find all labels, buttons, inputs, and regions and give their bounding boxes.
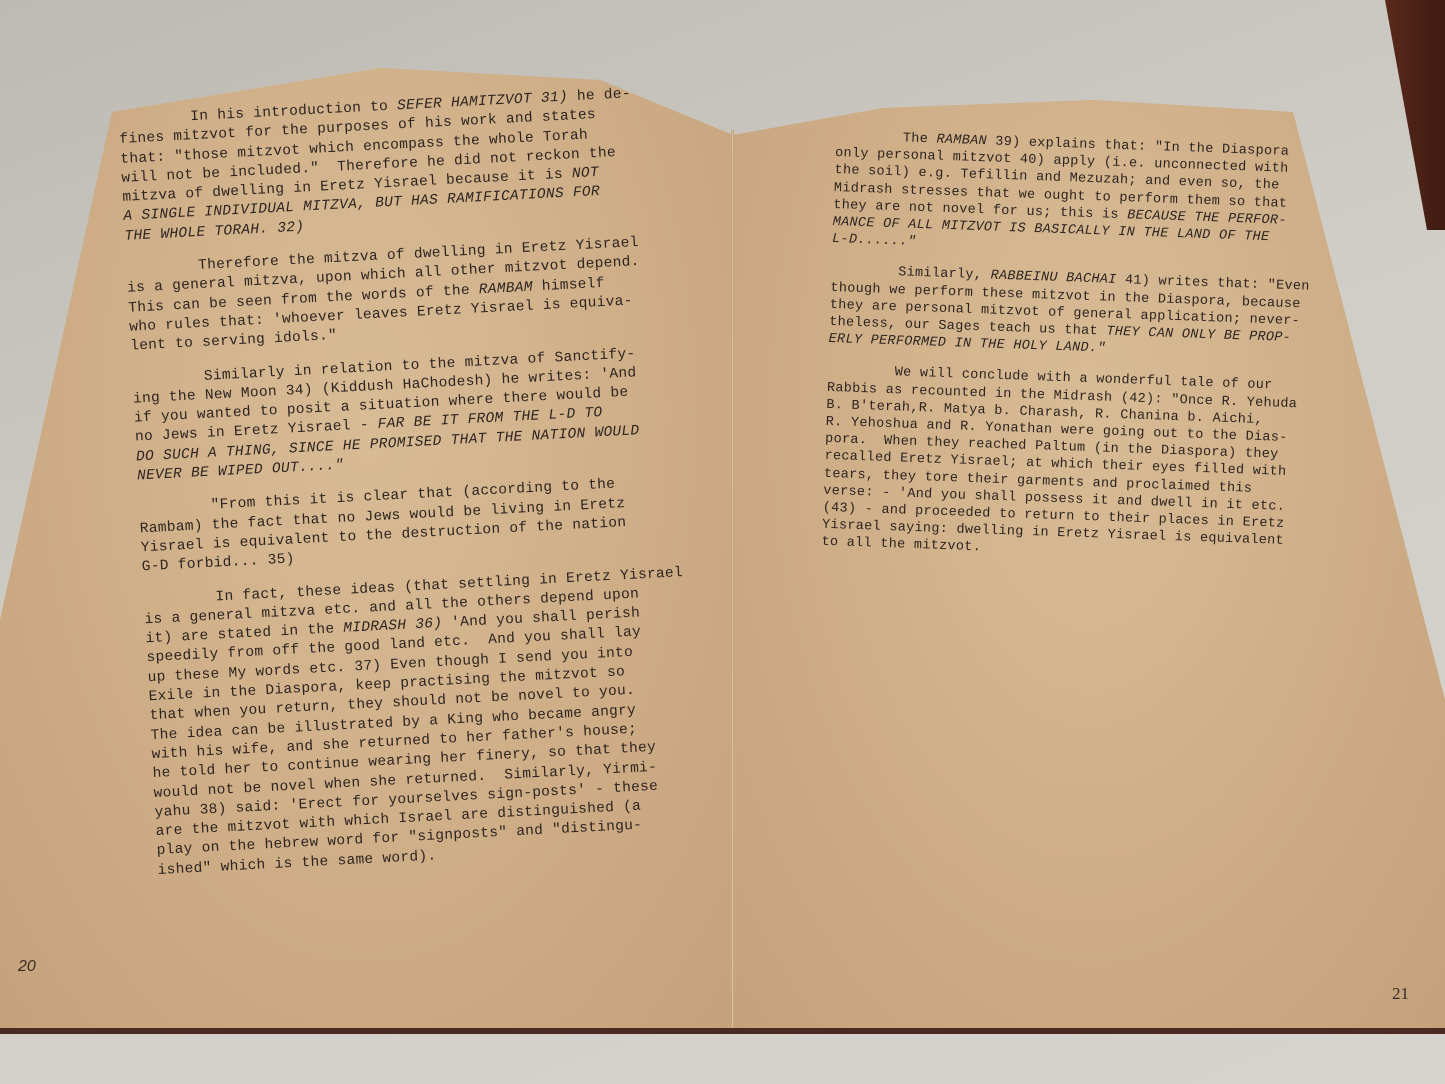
booklet-bottom-edge	[0, 1028, 1445, 1034]
page-number-left: 20	[18, 958, 36, 976]
body-text: The	[835, 129, 936, 148]
right-page-text: The RAMBAN 39) explains that: "In the Di…	[821, 128, 1315, 582]
left-page-text: In his introduction to SEFER HAMITZVOT 3…	[118, 84, 698, 895]
paragraph: We will conclude with a wonderful tale o…	[821, 362, 1306, 568]
emphasis-text: RAMBAM	[478, 279, 533, 298]
paragraph: The RAMBAN 39) explains that: "In the Di…	[832, 128, 1315, 265]
paragraph: "From this it is clear that (according t…	[138, 473, 681, 578]
body-text: he de-	[568, 86, 632, 105]
emphasis-text: MIDRASH 36)	[343, 616, 443, 637]
paragraph: In his introduction to SEFER HAMITZVOT 3…	[118, 84, 664, 247]
emphasis-text: RAMBAN	[936, 133, 987, 150]
body-text: to all the mitzvot.	[821, 535, 981, 556]
emphasis-text: L-D......"	[832, 232, 916, 250]
paragraph: Similarly in relation to the mitzva of S…	[132, 343, 677, 487]
paragraph: Therefore the mitzva of dwelling in Eret…	[126, 233, 670, 358]
paragraph: Similarly, RABBEINU BACHAI 41) writes th…	[828, 262, 1310, 365]
page-number-right: 21	[1392, 984, 1409, 1004]
body-text: himself	[532, 275, 605, 295]
booklet-spine	[731, 130, 734, 1030]
emphasis-text: NOT	[572, 165, 600, 182]
paragraph: In fact, these ideas (that settling in E…	[143, 564, 698, 881]
